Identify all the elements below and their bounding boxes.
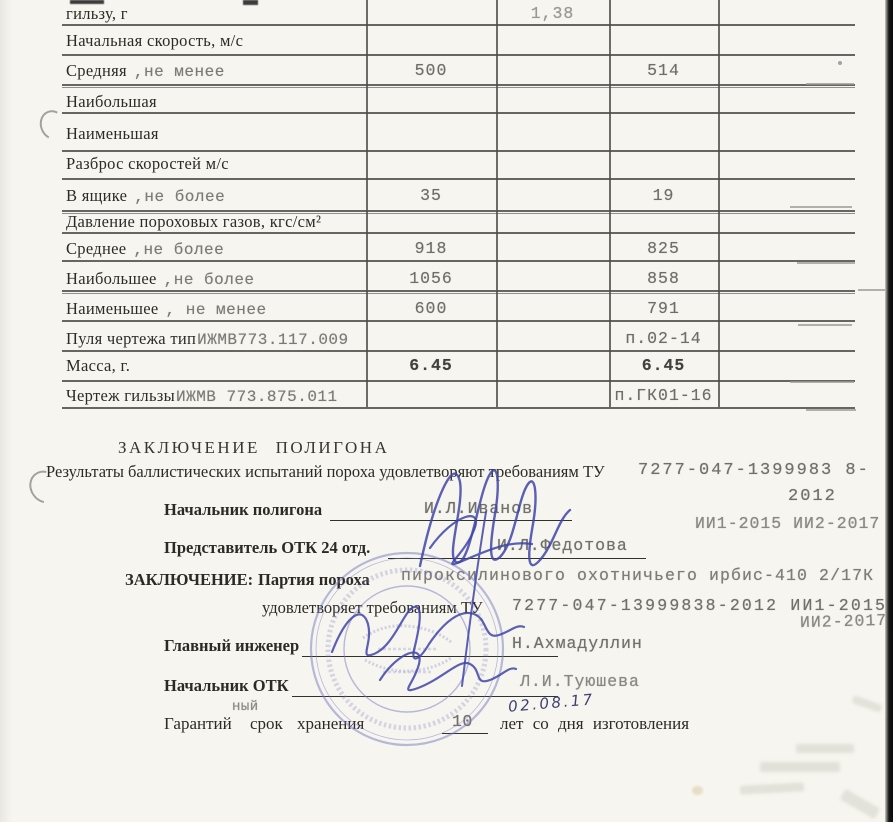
bleed-through-mark bbox=[796, 744, 854, 753]
row-label: Пуля чертежа тип bbox=[66, 329, 196, 348]
bleed-through-mark bbox=[760, 762, 840, 772]
table-row: Наибольшая bbox=[0, 92, 893, 118]
table-row: Давление пороховых газов, кгс/см² bbox=[0, 212, 893, 238]
cell-value: 514 bbox=[609, 61, 718, 80]
warranty-suffix: лет со дня изготовления bbox=[500, 714, 689, 734]
cell-value: 6.45 bbox=[609, 356, 718, 375]
cell-value: 19 bbox=[609, 186, 718, 205]
cell-value: п.02-14 bbox=[609, 329, 718, 348]
warranty-prefix: Гарантий bbox=[164, 714, 232, 734]
row-label: Наибольшее bbox=[66, 269, 157, 288]
row-label: Давление пороховых газов, кгс/см² bbox=[66, 212, 321, 231]
table-row: Начальная скорость, м/с bbox=[0, 31, 893, 57]
cell-value: 791 bbox=[609, 299, 718, 318]
table-row: Масса, г. 6.45 6.45 bbox=[0, 356, 893, 382]
row-label: Средняя bbox=[66, 61, 127, 80]
scanned-document-page: гильзу, г 1,38 Начальная скорость, м/с С… bbox=[0, 0, 893, 822]
row-label: Разброс скоростей м/с bbox=[66, 154, 229, 173]
row-label: Наибольшая bbox=[66, 92, 157, 111]
row-label-typed: ,не более bbox=[133, 241, 224, 259]
row-label-typed: ,не более bbox=[134, 188, 225, 206]
row-label: Среднее bbox=[66, 239, 126, 258]
row-label: гильзу, г bbox=[66, 4, 128, 23]
tu-number-part2: 2012 bbox=[788, 487, 837, 506]
table-row: Среднее,не более 918 825 bbox=[0, 239, 893, 265]
table-row: Разброс скоростей м/с bbox=[0, 154, 893, 180]
cell-value: 35 bbox=[366, 186, 496, 205]
head-of-range-label: Начальник полигона bbox=[164, 500, 322, 520]
bleed-through-mark bbox=[740, 782, 804, 794]
row-label-typed: ИЖМВ 773.875.011 bbox=[176, 388, 338, 406]
table-row: Средняя,не менее 500 514 bbox=[0, 61, 893, 87]
otk-head-label: Начальник ОТК bbox=[164, 676, 289, 696]
amendment-2: ИИ2-2017 bbox=[800, 611, 888, 632]
warranty-insert-typed: ный bbox=[232, 699, 259, 715]
cell-value: 600 bbox=[366, 299, 496, 318]
table-row: В ящике,не более 35 19 bbox=[0, 186, 893, 212]
paper-stain bbox=[692, 786, 703, 795]
cell-value: 825 bbox=[609, 239, 718, 258]
row-label: Начальная скорость, м/с bbox=[66, 31, 243, 50]
chief-engineer-label: Главный инженер bbox=[164, 636, 299, 656]
row-label-typed: ,не более bbox=[164, 271, 255, 289]
conclusion-label: ЗАКЛЮЧЕНИЕ: bbox=[125, 570, 253, 590]
row-label-typed: ИЖМВ773.117.009 bbox=[197, 331, 349, 349]
cell-value: п.ГК01-16 bbox=[609, 386, 718, 405]
cell-value: 6.45 bbox=[366, 356, 496, 375]
cell-value: 1,38 bbox=[496, 4, 609, 23]
table-grid-line bbox=[62, 87, 855, 88]
signature-otk-head bbox=[368, 638, 528, 703]
bleed-through-mark bbox=[852, 695, 883, 713]
table-row: Наименьшая bbox=[0, 124, 893, 150]
amendment-stamp: ИИ1-2015 ИИ2-2017 bbox=[695, 514, 880, 533]
row-label: В ящике bbox=[66, 186, 127, 205]
table-row: Чертеж гильзыИЖМВ 773.875.011 п.ГК01-16 bbox=[0, 386, 893, 412]
row-label: Масса, г. bbox=[66, 356, 130, 375]
cell-value: 918 bbox=[366, 239, 496, 258]
table-row: Пуля чертежа типИЖМВ773.117.009 п.02-14 bbox=[0, 329, 893, 355]
cell-value: 1056 bbox=[366, 269, 496, 288]
row-label: Наименьшая bbox=[66, 124, 159, 143]
cell-value: 858 bbox=[609, 269, 718, 288]
row-label-typed: , не менее bbox=[166, 301, 267, 319]
polygon-conclusion-heading: ЗАКЛЮЧЕНИЕ ПОЛИГОНА bbox=[118, 438, 389, 458]
row-label: Наименьшее bbox=[66, 299, 159, 318]
cell-value: 500 bbox=[366, 61, 496, 80]
table-grid-line bbox=[62, 150, 855, 152]
tu-number-part1: 7277-047-1399983 8- bbox=[638, 461, 870, 480]
row-label: Чертеж гильзы bbox=[66, 386, 175, 405]
table-row: Наименьшее, не менее 600 791 bbox=[0, 299, 893, 325]
row-label-typed: ,не менее bbox=[134, 63, 225, 81]
table-row: гильзу, г 1,38 bbox=[0, 4, 893, 30]
scan-edge bbox=[885, 0, 893, 822]
bleed-through-mark bbox=[840, 789, 881, 819]
table-row: Наибольшее,не более 1056 858 bbox=[0, 269, 893, 295]
